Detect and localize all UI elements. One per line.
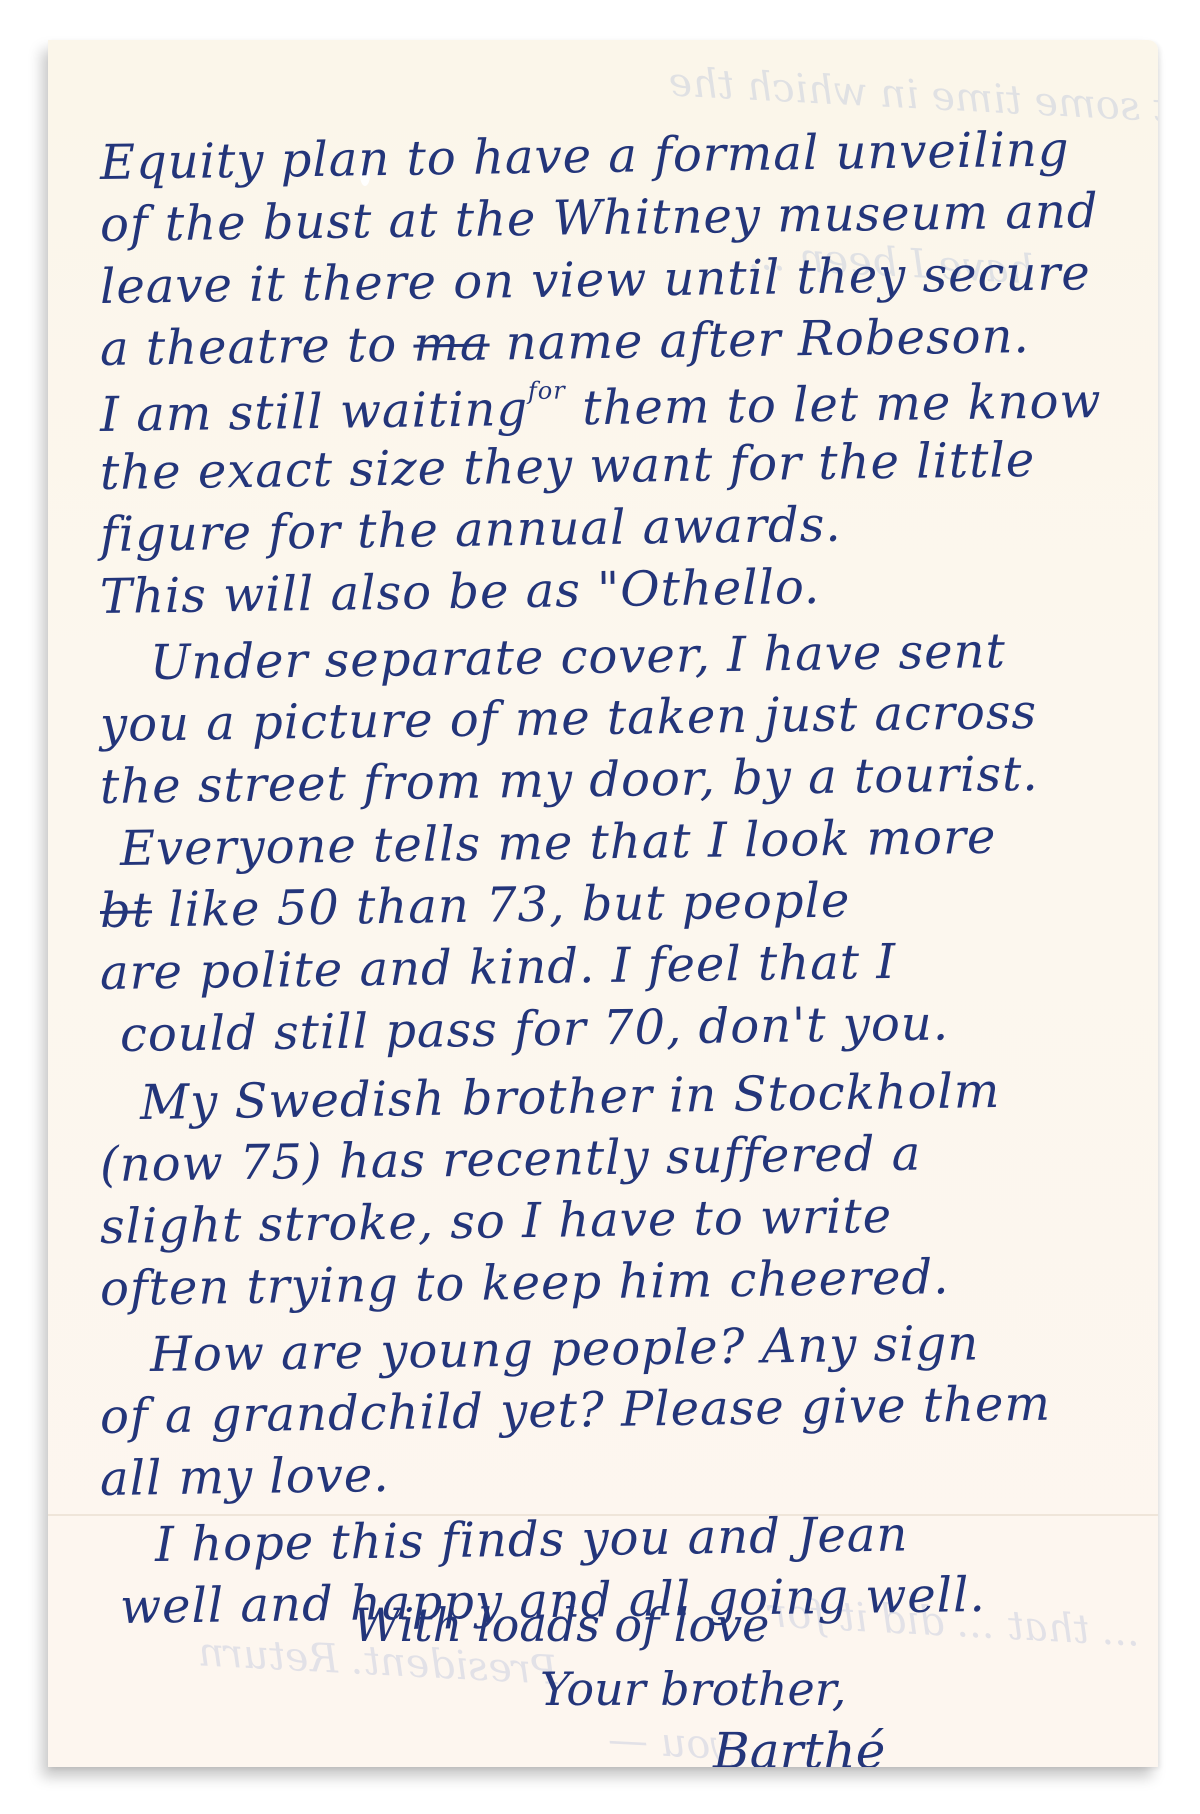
letter-line: How are young people? Any sign: [150, 1315, 980, 1383]
letter-line: (now 75) has recently suffered a: [100, 1126, 922, 1193]
letter-line: I hope this finds you and Jean: [155, 1506, 909, 1573]
letter-line: slight stroke, so I have to write: [100, 1188, 893, 1255]
letter-line: of a grandchild yet? Please give them: [100, 1376, 1052, 1445]
letter-line: are polite and kind. I feel that I: [100, 934, 897, 1001]
letter-line: bt like 50 than 73, but people: [100, 873, 851, 939]
struck-out-word: ma: [413, 316, 490, 373]
letter-line: of the bust at the Whitney museum and: [100, 183, 1099, 253]
letter-line: figure for the annual awards.: [100, 497, 842, 563]
letter-line: a theatre to ma name after Robeson.: [100, 308, 1030, 377]
letter-line: could still pass for 70, don't you.: [120, 995, 950, 1063]
line-text: them to let me know: [582, 373, 1102, 436]
letter-line: leave it there on view until they secure: [100, 245, 1091, 315]
letter-line: I am still waitingfor them to let me kno…: [100, 369, 1102, 443]
inserted-word: for: [528, 376, 566, 405]
struck-out-word: bt: [100, 882, 153, 939]
letter-line: you a picture of me taken just across: [100, 684, 1038, 753]
letter-line: the street from my door, by a tourist.: [100, 746, 1039, 815]
closing-relation: Your brother,: [540, 1662, 846, 1716]
letter-line: Equity plan to have a formal unveiling: [100, 121, 1070, 191]
letter-line: Everyone tells me that I look more: [120, 809, 997, 877]
letter-line: This will also be as "Othello.: [100, 559, 821, 625]
line-text: name after Robeson.: [505, 308, 1030, 371]
signature: Barthé: [713, 1722, 885, 1767]
valediction: With loads of love: [353, 1598, 769, 1652]
letter-sheet: Since work got some time in which the ha…: [48, 40, 1158, 1767]
line-text: a theatre to: [100, 317, 398, 377]
letter-line: the exact size they want for the little: [100, 432, 1036, 501]
letter-line: My Swedish brother in Stockholm: [140, 1063, 1001, 1131]
line-text: I am still waiting: [100, 381, 529, 443]
letter-line: Under separate cover, I have sent: [150, 623, 1007, 691]
letter-line: often trying to keep him cheered.: [100, 1249, 950, 1317]
line-text: like 50 than 73, but people: [168, 873, 851, 939]
letter-line: all my love.: [100, 1447, 390, 1507]
